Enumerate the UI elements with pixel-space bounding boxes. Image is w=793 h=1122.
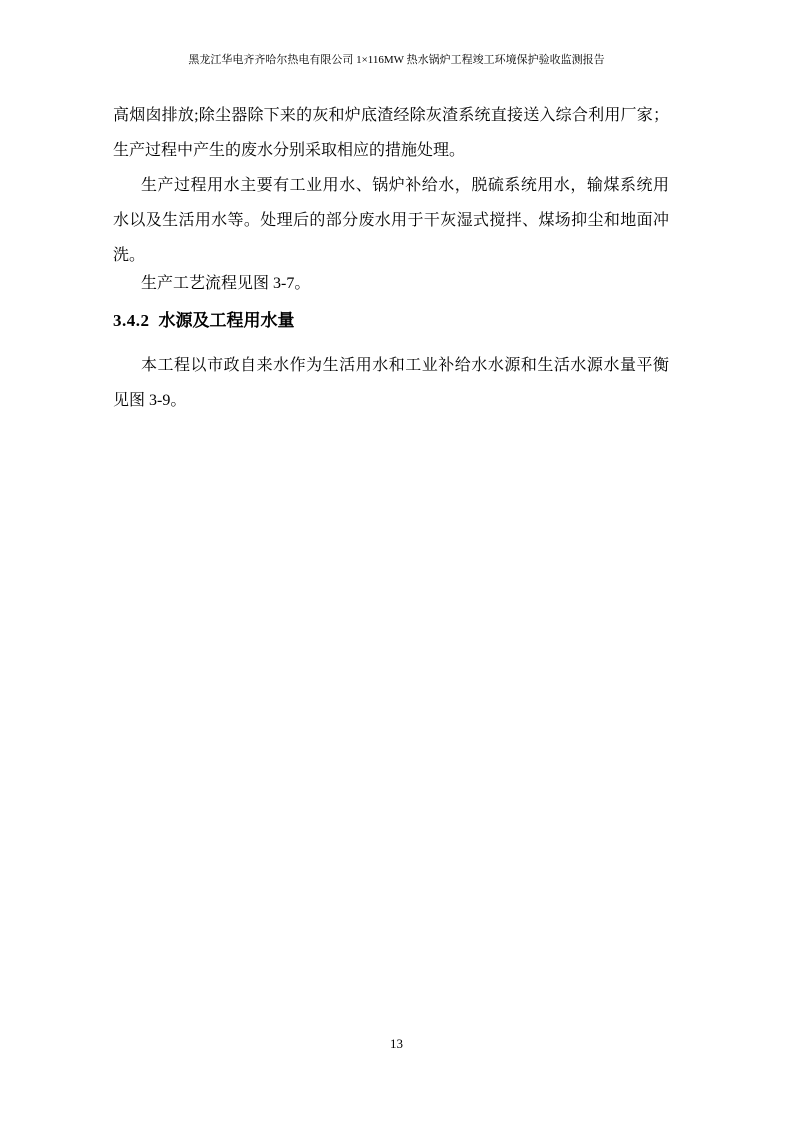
paragraph-line: 高烟囱排放;除尘器除下来的灰和炉底渣经除灰渣系统直接送入综合利用厂家； — [113, 98, 669, 133]
page-header: 黑龙江华电齐齐哈尔热电有限公司 1×116MW 热水锅炉工程竣工环境保护验收监测… — [0, 52, 793, 68]
paragraph-line: 生产工艺流程见图 3-7。 — [113, 266, 669, 301]
paragraph-2: 生产过程用水主要有工业用水、锅炉补给水，脱硫系统用水，输煤系统用 水以及生活用水… — [113, 168, 669, 273]
paragraph-line: 见图 3-9。 — [113, 383, 669, 418]
page-footer: 13 — [0, 1036, 793, 1052]
document-page: 黑龙江华电齐齐哈尔热电有限公司 1×116MW 热水锅炉工程竣工环境保护验收监测… — [0, 0, 793, 1122]
section-heading-3-4-2: 3.4.2水源及工程用水量 — [113, 303, 669, 338]
paragraph-line: 生产过程用水主要有工业用水、锅炉补给水，脱硫系统用水，输煤系统用 — [113, 168, 669, 203]
page-number: 13 — [390, 1036, 403, 1051]
section-title: 水源及工程用水量 — [159, 311, 295, 330]
section-number: 3.4.2 — [113, 311, 150, 330]
paragraph-line: 水以及生活用水等。处理后的部分废水用于干灰湿式搅拌、煤场抑尘和地面冲 — [113, 203, 669, 238]
running-header-text: 黑龙江华电齐齐哈尔热电有限公司 1×116MW 热水锅炉工程竣工环境保护验收监测… — [188, 54, 604, 66]
paragraph-line: 生产过程中产生的废水分别采取相应的措施处理。 — [113, 133, 669, 168]
paragraph-4: 本工程以市政自来水作为生活用水和工业补给水水源和生活水源水量平衡 见图 3-9。 — [113, 348, 669, 418]
paragraph-line: 本工程以市政自来水作为生活用水和工业补给水水源和生活水源水量平衡 — [113, 348, 669, 383]
paragraph-1: 高烟囱排放;除尘器除下来的灰和炉底渣经除灰渣系统直接送入综合利用厂家； 生产过程… — [113, 98, 669, 168]
paragraph-3: 生产工艺流程见图 3-7。 — [113, 266, 669, 301]
